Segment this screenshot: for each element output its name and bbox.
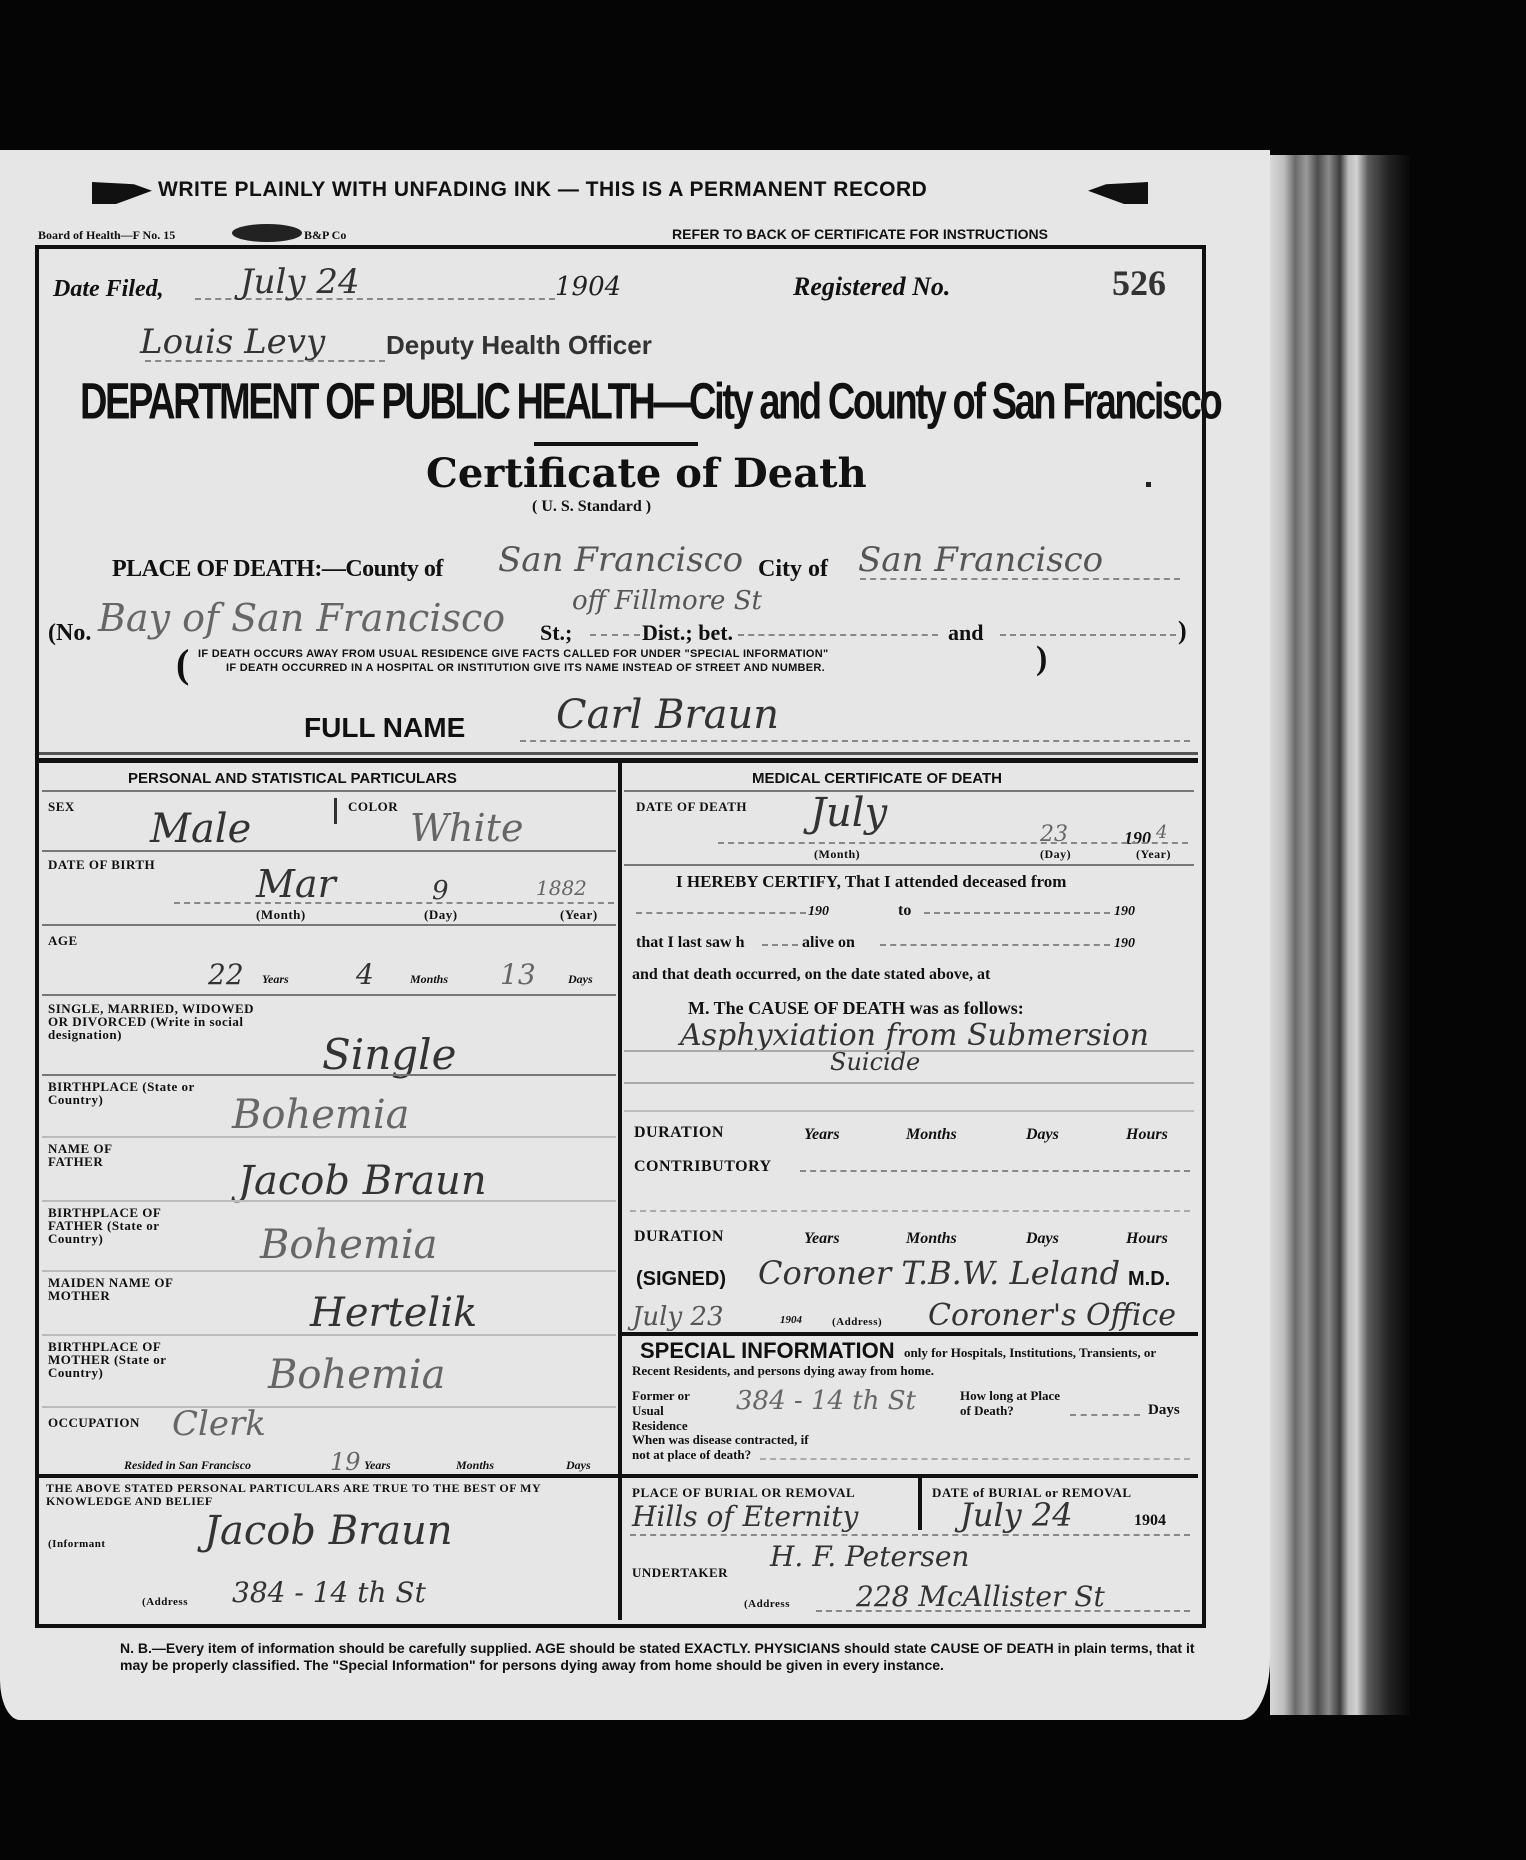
duration-hours-1: Hours <box>1126 1126 1168 1144</box>
age-label: AGE <box>48 934 78 947</box>
personal-particulars-heading: PERSONAL AND STATISTICAL PARTICULARS <box>128 770 457 787</box>
usual-residence-label: Former or Usual Residence <box>632 1388 722 1433</box>
street-value: Bay of San Francisco <box>98 596 505 640</box>
resided-years-value: 19 <box>330 1448 361 1476</box>
officer-title: Deputy Health Officer <box>386 330 652 361</box>
md-label: M.D. <box>1128 1268 1170 1291</box>
color-label: COLOR <box>348 800 398 813</box>
full-name-label: FULL NAME <box>304 712 465 744</box>
dob-year-caption: (Year) <box>560 908 598 921</box>
father-birthplace-value: Bohemia <box>260 1222 437 1268</box>
medical-address-label: (Address) <box>832 1316 882 1329</box>
father-name-value: Jacob Braun <box>238 1158 487 1204</box>
informant-name-value: Jacob Braun <box>204 1508 453 1554</box>
signed-year-value: 1904 <box>780 1314 802 1326</box>
age-days-value: 13 <box>500 958 536 991</box>
informant-address-label: (Address <box>142 1596 188 1609</box>
resided-years-label: Years <box>364 1458 391 1473</box>
age-months-label: Months <box>410 972 448 987</box>
how-long-days-label: Days <box>1148 1402 1180 1419</box>
bracket-icon: ( <box>176 640 189 687</box>
burial-year-value: 1904 <box>1134 1512 1166 1530</box>
us-standard-label: ( U. S. Standard ) <box>532 498 651 516</box>
sex-label: SEX <box>48 800 75 813</box>
last-saw-year: 190 <box>1114 936 1135 952</box>
certificate-title: Certificate of Death <box>426 450 867 497</box>
close-paren: ) <box>1178 616 1187 646</box>
special-information-subheading: only for Hospitals, Institutions, Transi… <box>632 1344 1192 1380</box>
age-years-value: 22 <box>208 958 244 991</box>
refer-to-back-note: REFER TO BACK OF CERTIFICATE FOR INSTRUC… <box>672 226 1048 242</box>
dod-year-prefix: 190 <box>1124 828 1151 849</box>
dob-month-caption: (Month) <box>256 908 306 921</box>
sex-value: Male <box>150 806 251 852</box>
burial-place-value: Hills of Eternity <box>632 1500 858 1533</box>
father-name-label: NAME OF FATHER <box>48 1142 138 1168</box>
footnote: N. B.—Every item of information should b… <box>56 1640 1200 1674</box>
duration-years-2: Years <box>804 1230 840 1248</box>
full-name-value: Carl Braun <box>556 692 779 738</box>
how-long-label: How long at Place of Death? <box>960 1388 1070 1418</box>
form-id: Board of Health—F No. 15 <box>38 228 175 243</box>
age-years-label: Years <box>262 972 289 987</box>
birthplace-value: Bohemia <box>232 1092 409 1138</box>
undertaker-address-value: 228 McAllister St <box>856 1580 1105 1613</box>
dob-month-value: Mar <box>256 862 336 906</box>
mother-maiden-name-value: Hertelik <box>310 1290 477 1336</box>
occupation-label: OCCUPATION <box>48 1416 140 1429</box>
duration-months-1: Months <box>906 1126 957 1144</box>
signed-by-value: Coroner T.B.W. Leland <box>758 1254 1120 1292</box>
resided-label: Resided in San Francisco <box>124 1458 251 1473</box>
age-months-value: 4 <box>356 958 374 991</box>
resided-months-label: Months <box>456 1458 494 1473</box>
medical-address-value: Coroner's Office <box>928 1298 1176 1333</box>
and-label: and <box>948 620 983 646</box>
last-saw-label: that I last saw h <box>636 934 744 952</box>
city-label: City of <box>758 556 828 583</box>
attended-from-year: 190 <box>808 904 829 920</box>
dod-year-caption: (Year) <box>1136 848 1171 861</box>
place-of-death-label: PLACE OF DEATH:—County of <box>112 556 443 583</box>
mother-birthplace-value: Bohemia <box>268 1352 445 1398</box>
undertaker-label: UNDERTAKER <box>632 1566 728 1579</box>
occupation-value: Clerk <box>172 1404 266 1444</box>
duration-days-2: Days <box>1026 1230 1059 1248</box>
death-occurred-label: and that death occurred, on the date sta… <box>632 966 990 984</box>
mother-maiden-name-label: MAIDEN NAME OF MOTHER <box>48 1276 178 1302</box>
color-value: White <box>410 806 523 850</box>
medical-certificate-heading: MEDICAL CERTIFICATE OF DEATH <box>752 770 1002 787</box>
to-label: to <box>898 902 911 920</box>
registered-no-label: Registered No. <box>793 272 950 302</box>
informant-label: (Informant <box>48 1538 106 1551</box>
book-page-edges <box>1270 155 1410 1715</box>
district-label: Dist.; bet. <box>642 620 733 646</box>
marital-status-label: SINGLE, MARRIED, WIDOWED OR DIVORCED (Wr… <box>48 1002 278 1041</box>
between-streets-value: off Fillmore St <box>572 586 762 616</box>
burial-divider <box>918 1478 922 1530</box>
alive-on-label: alive on <box>802 934 855 952</box>
street-label: St.; <box>540 620 572 646</box>
certify-statement: I HEREBY CERTIFY, That I attended deceas… <box>676 872 1066 892</box>
date-filed-value: July 24 <box>240 262 360 302</box>
mother-birthplace-label: BIRTHPLACE OF MOTHER (State or Country) <box>48 1340 188 1379</box>
permanent-record-instruction: WRITE PLAINLY WITH UNFADING INK — THIS I… <box>158 178 927 202</box>
registered-no-value: 526 <box>1112 262 1166 304</box>
city-value: San Francisco <box>858 540 1103 580</box>
dod-month-caption: (Month) <box>814 848 860 861</box>
attended-to-year: 190 <box>1114 904 1135 920</box>
duration-months-2: Months <box>906 1230 957 1248</box>
dob-day-caption: (Day) <box>424 908 458 921</box>
sex-color-divider <box>334 798 337 824</box>
dod-day-caption: (Day) <box>1040 848 1071 861</box>
dod-year-suffix: 4 <box>1156 822 1167 843</box>
undertaker-value: H. F. Petersen <box>770 1540 969 1573</box>
birthplace-label: BIRTHPLACE (State or Country) <box>48 1080 218 1106</box>
dob-year-value: 1882 <box>536 876 587 900</box>
burial-place-label: PLACE OF BURIAL OR REMOVAL <box>632 1486 855 1499</box>
department-title: DEPARTMENT OF PUBLIC HEALTH—City and Cou… <box>80 374 1220 432</box>
bracket-icon: ) <box>1036 640 1047 678</box>
burial-date-value: July 24 <box>960 1496 1073 1534</box>
informant-statement: THE ABOVE STATED PERSONAL PARTICULARS AR… <box>46 1482 606 1508</box>
signed-label: (SIGNED) <box>636 1268 726 1291</box>
cause-of-death-line2: Suicide <box>830 1048 920 1076</box>
duration-label-1: DURATION <box>634 1126 724 1139</box>
address-no-label: (No. <box>48 620 91 647</box>
county-value: San Francisco <box>498 540 743 580</box>
father-birthplace-label: BIRTHPLACE OF FATHER (State or Country) <box>48 1206 188 1245</box>
resided-days-label: Days <box>566 1458 591 1473</box>
duration-hours-2: Hours <box>1126 1230 1168 1248</box>
cause-of-death-intro: M. The CAUSE OF DEATH was as follows: <box>688 998 1024 1019</box>
officer-signature: Louis Levy <box>140 322 325 362</box>
usual-residence-value: 384 - 14 th St <box>736 1386 916 1416</box>
age-days-label: Days <box>568 972 593 987</box>
printer-mark: B&P Co <box>304 228 346 243</box>
signed-date-value: July 23 <box>632 1302 724 1332</box>
undertaker-address-label: (Address <box>744 1598 790 1611</box>
duration-days-1: Days <box>1026 1126 1059 1144</box>
date-of-birth-label: DATE OF BIRTH <box>48 858 155 871</box>
residence-note-1: IF DEATH OCCURS AWAY FROM USUAL RESIDENC… <box>198 648 829 660</box>
dod-month-value: July <box>810 790 887 836</box>
date-filed-year: 1904 <box>555 272 621 302</box>
residence-note-2: IF DEATH OCCURRED IN A HOSPITAL OR INSTI… <box>226 662 825 674</box>
marital-status-value: Single <box>322 1030 456 1079</box>
duration-years-1: Years <box>804 1126 840 1144</box>
decorative-dot <box>1146 482 1151 487</box>
date-filed-label: Date Filed, <box>53 276 164 303</box>
contributory-label: CONTRIBUTORY <box>634 1160 772 1173</box>
printer-seal-icon <box>232 224 302 242</box>
date-of-death-label: DATE OF DEATH <box>636 800 747 813</box>
informant-address-value: 384 - 14 th St <box>232 1576 426 1609</box>
duration-label-2: DURATION <box>634 1230 724 1243</box>
